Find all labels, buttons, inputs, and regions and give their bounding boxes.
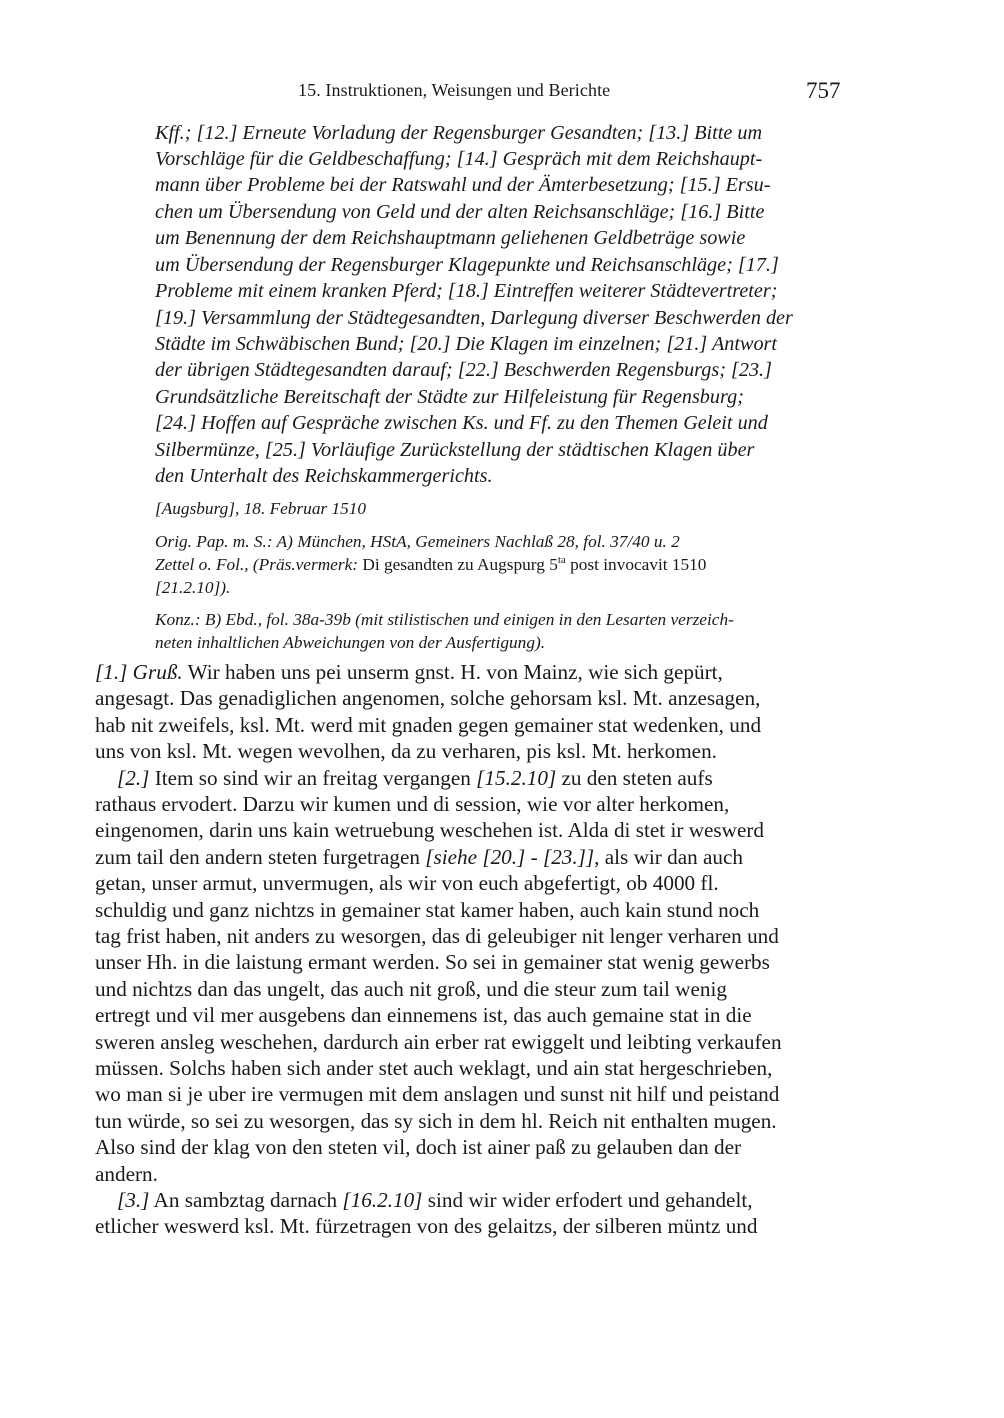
summary-line: Vorschläge für die Geldbeschaffung; [14.… xyxy=(155,148,845,171)
body-text-run: etlicher weswerd ksl. Mt. fürzetragen vo… xyxy=(95,1214,757,1238)
body-line: tun würde, so sei zu wesorgen, das sy si… xyxy=(95,1109,777,1134)
source-original-line: Orig. Pap. m. S.: A) München, HStA, Geme… xyxy=(155,532,680,552)
page-number: 757 xyxy=(806,78,841,104)
body-line: zum tail den andern steten furgetragen [… xyxy=(95,845,743,870)
body-line: ertregt und vil mer ausgebens dan einnem… xyxy=(95,1003,752,1028)
body-text-run: Item so sind wir an freitag vergangen xyxy=(149,766,476,790)
body-line: und nichtzs dan das ungelt, das auch nit… xyxy=(95,977,727,1002)
body-line: [1.] Gruß. Wir haben uns pei unserm gnst… xyxy=(95,660,723,685)
body-line: schuldig und ganz nichtzs in gemainer st… xyxy=(95,898,759,923)
summary-line: Kff.; [12.] Erneute Vorladung der Regens… xyxy=(155,122,845,145)
body-text-run: zum tail den andern steten furgetragen xyxy=(95,845,425,869)
body-line: [2.] Item so sind wir an freitag vergang… xyxy=(117,766,713,791)
body-text-run: hab nit zweifels, ksl. Mt. werd mit gnad… xyxy=(95,713,761,737)
summary-line: der übrigen Städtegesandten darauf; [22.… xyxy=(155,359,845,382)
body-text-run: unser Hh. in die laistung ermant werden.… xyxy=(95,950,770,974)
body-line: rathaus ervodert. Darzu wir kumen und di… xyxy=(95,792,729,817)
summary-line: Grundsätzliche Bereitschaft der Städte z… xyxy=(155,386,845,409)
body-text-run: , als wir dan auch xyxy=(594,845,743,869)
presentation-note-cont: post invocavit 1510 xyxy=(566,555,707,574)
body-text-run: rathaus ervodert. Darzu wir kumen und di… xyxy=(95,792,729,816)
editorial-note: [16.2.10] xyxy=(342,1188,422,1212)
running-head-title: 15. Instruktionen, Weisungen und Bericht… xyxy=(298,80,610,101)
body-line: tag frist haben, nit anders zu wesorgen,… xyxy=(95,924,779,949)
body-text-run: müssen. Solchs haben sich ander stet auc… xyxy=(95,1056,772,1080)
body-line: sweren ansleg weschehen, dardurch ain er… xyxy=(95,1030,782,1055)
body-text-run: andern. xyxy=(95,1162,158,1186)
body-text-run: eingenomen, darin uns kain wetruebung we… xyxy=(95,818,764,842)
body-text-run: schuldig und ganz nichtzs in gemainer st… xyxy=(95,898,759,922)
summary-line: [19.] Versammlung der Städtegesandten, D… xyxy=(155,307,845,330)
body-line: müssen. Solchs haben sich ander stet auc… xyxy=(95,1056,772,1081)
summary-line: den Unterhalt des Reichskammergerichts. xyxy=(155,465,845,488)
body-line: eingenomen, darin uns kain wetruebung we… xyxy=(95,818,764,843)
summary-line: mann über Probleme bei der Ratswahl und … xyxy=(155,174,845,197)
body-line: andern. xyxy=(95,1162,158,1187)
summary-line: [24.] Hoffen auf Gespräche zwischen Ks. … xyxy=(155,412,845,435)
body-text-run: angesagt. Das genadiglichen angenomen, s… xyxy=(95,686,760,710)
body-line: Also sind der klag von den steten vil, d… xyxy=(95,1135,741,1160)
body-text-run: Wir haben uns pei unserm gnst. H. von Ma… xyxy=(183,660,723,684)
summary-line: Städte im Schwäbischen Bund; [20.] Die K… xyxy=(155,333,845,356)
body-line: uns von ksl. Mt. wegen wevolhen, da zu v… xyxy=(95,739,717,764)
body-text-run: An sambztag darnach xyxy=(149,1188,342,1212)
body-line: etlicher weswerd ksl. Mt. fürzetragen vo… xyxy=(95,1214,757,1239)
body-text-run: zu den steten aufs xyxy=(556,766,713,790)
editorial-note: [3.] xyxy=(117,1188,149,1212)
superscript: ta xyxy=(558,554,566,566)
source-draft-line: neten inhaltlichen Abweichungen von der … xyxy=(155,633,545,653)
body-text-run: Also sind der klag von den steten vil, d… xyxy=(95,1135,741,1159)
summary-line: um Benennung der dem Reichshauptmann gel… xyxy=(155,227,845,250)
body-text-run: getan, unser armut, unvermugen, als wir … xyxy=(95,871,719,895)
body-text-run: und nichtzs dan das ungelt, das auch nit… xyxy=(95,977,727,1001)
source-original-line: [21.2.10]). xyxy=(155,578,230,598)
body-text-run: uns von ksl. Mt. wegen wevolhen, da zu v… xyxy=(95,739,717,763)
source-original-line: Zettel o. Fol., (Präs.vermerk: Di gesand… xyxy=(155,555,706,575)
body-text-run: wo man si je uber ire vermugen mit dem a… xyxy=(95,1082,779,1106)
body-text-run: tun würde, so sei zu wesorgen, das sy si… xyxy=(95,1109,777,1133)
body-text-run: ertregt und vil mer ausgebens dan einnem… xyxy=(95,1003,752,1027)
body-line: angesagt. Das genadiglichen angenomen, s… xyxy=(95,686,760,711)
summary-line: um Übersendung der Regensburger Klagepun… xyxy=(155,254,845,277)
summary-line: chen um Übersendung von Geld und der alt… xyxy=(155,201,845,224)
editorial-note: [2.] xyxy=(117,766,149,790)
body-text-run: sind wir wider erfodert und gehandelt, xyxy=(422,1188,752,1212)
presentation-note: Di gesandten zu Augspurg 5 xyxy=(358,555,558,574)
body-text-run: sweren ansleg weschehen, dardurch ain er… xyxy=(95,1030,782,1054)
body-line: [3.] An sambztag darnach [16.2.10] sind … xyxy=(117,1188,753,1213)
source-label: Zettel o. Fol., (Präs.vermerk: xyxy=(155,555,358,574)
dateline: [Augsburg], 18. Februar 1510 xyxy=(155,499,366,519)
body-text-run: tag frist haben, nit anders zu wesorgen,… xyxy=(95,924,779,948)
source-draft-line: Konz.: B) Ebd., fol. 38a-39b (mit stilis… xyxy=(155,610,734,630)
body-line: unser Hh. in die laistung ermant werden.… xyxy=(95,950,770,975)
editorial-note: [siehe [20.] - [23.]] xyxy=(425,845,594,869)
summary-line: Silbermünze, [25.] Vorläufige Zurückstel… xyxy=(155,439,845,462)
body-line: hab nit zweifels, ksl. Mt. werd mit gnad… xyxy=(95,713,761,738)
body-line: wo man si je uber ire vermugen mit dem a… xyxy=(95,1082,779,1107)
editorial-note: [15.2.10] xyxy=(476,766,556,790)
summary-line: Probleme mit einem kranken Pferd; [18.] … xyxy=(155,280,845,303)
editorial-note: [1.] Gruß. xyxy=(95,660,183,684)
body-line: getan, unser armut, unvermugen, als wir … xyxy=(95,871,719,896)
running-header: 15. Instruktionen, Weisungen und Bericht… xyxy=(0,78,1004,108)
